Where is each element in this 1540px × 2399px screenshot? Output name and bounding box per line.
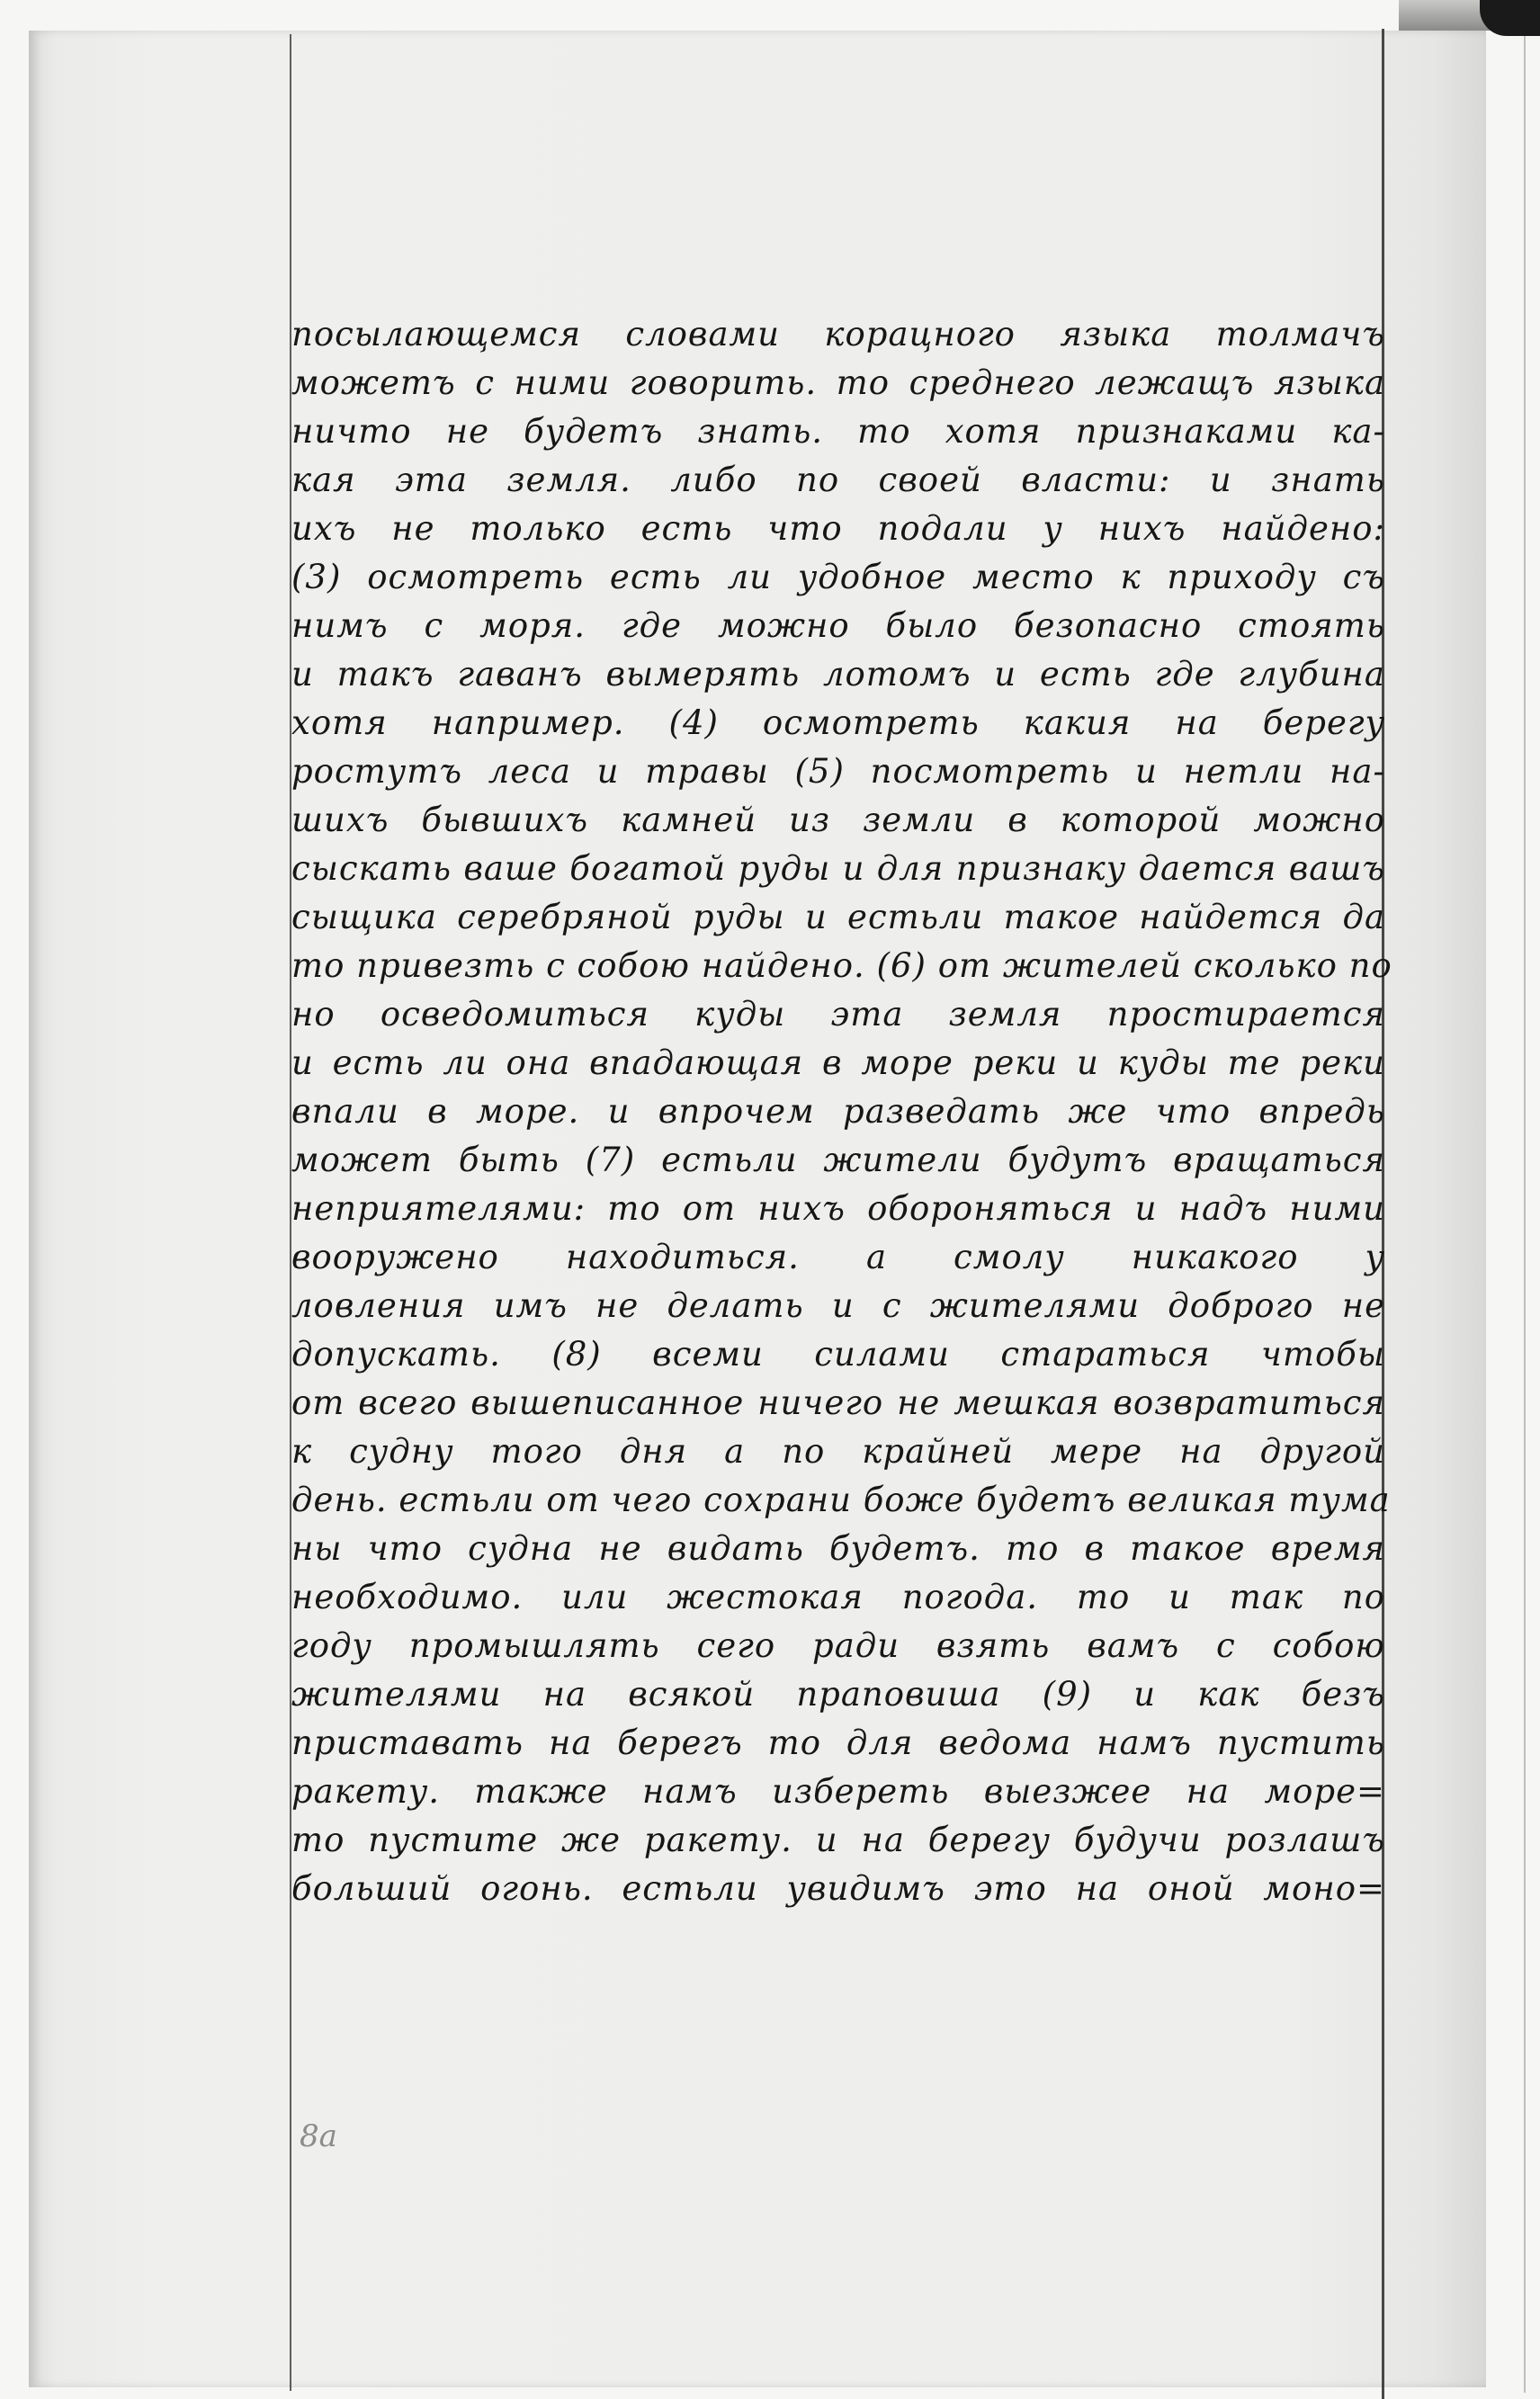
text-line: кая эта земля. либо по своей власти: и з… [270,456,1385,505]
text-line: допускать. (8) всеми силами стараться чт… [270,1330,1385,1379]
text-line: ны что судна не видать будетъ. то в тако… [270,1525,1385,1573]
text-line: приставать на берегъ то для ведома намъ … [270,1719,1385,1768]
text-line: к судну того дня а по крайней мере на др… [270,1428,1385,1476]
handwritten-text-block: посылающемся словами корацного языка тол… [270,310,1385,1913]
text-line: и есть ли она впадающая в море реки и ку… [270,1039,1385,1088]
text-line: впали в море. и впрочем разведать же что… [270,1088,1385,1136]
text-line: ростутъ леса и травы (5) посмотреть и не… [270,747,1385,796]
text-line: и такъ гаванъ вымерять лотомъ и есть где… [270,650,1385,699]
folio-number: 8a [300,2118,337,2154]
text-line: ихъ не только есть что подали у нихъ най… [270,505,1385,553]
text-line: сыскать ваше богатой руды и для признаку… [270,845,1385,893]
text-line: больший огонь. естьли увидимъ это на оно… [270,1865,1385,1913]
page-edge-line [1524,36,1526,2393]
text-line: можетъ с ними говорить. то среднего лежа… [270,359,1385,407]
text-line: сыщика серебряной руды и естьли такое на… [270,893,1385,942]
text-line: (3) осмотреть есть ли удобное место к пр… [270,553,1385,602]
text-line: неприятелями: то от нихъ обороняться и н… [270,1185,1385,1233]
text-line: от всего вышеписанное ничего не мешкая в… [270,1379,1385,1428]
text-line: ракету. также намъ избереть выезжее на м… [270,1768,1385,1816]
text-line: то привезть с собою найдено. (6) от жите… [270,942,1385,990]
text-line: жителями на всякой праповиша (9) и как б… [270,1670,1385,1719]
text-line: шихъ бывшихъ камней из земли в которой м… [270,796,1385,845]
text-line: посылающемся словами корацного языка тол… [270,310,1385,359]
text-line: то пустите же ракету. и на берегу будучи… [270,1816,1385,1865]
text-line: вооружено находиться. а смолу никакого у [270,1233,1385,1282]
text-line: нимъ с моря. где можно было безопасно ст… [270,602,1385,650]
text-line: но осведомиться куды эта земля простирае… [270,990,1385,1039]
text-line: день. естьли от чего сохрани боже будетъ… [270,1476,1385,1525]
text-line: ловления имъ не делать и с жителями добр… [270,1282,1385,1330]
text-line: может быть (7) естьли жители будутъ вращ… [270,1136,1385,1185]
text-line: необходимо. или жестокая погода. то и та… [270,1573,1385,1622]
text-line: хотя например. (4) осмотреть какия на бе… [270,699,1385,747]
text-line: году промышлять сего ради взять вамъ с с… [270,1622,1385,1670]
text-line: ничто не будетъ знать. то хотя признакам… [270,407,1385,456]
